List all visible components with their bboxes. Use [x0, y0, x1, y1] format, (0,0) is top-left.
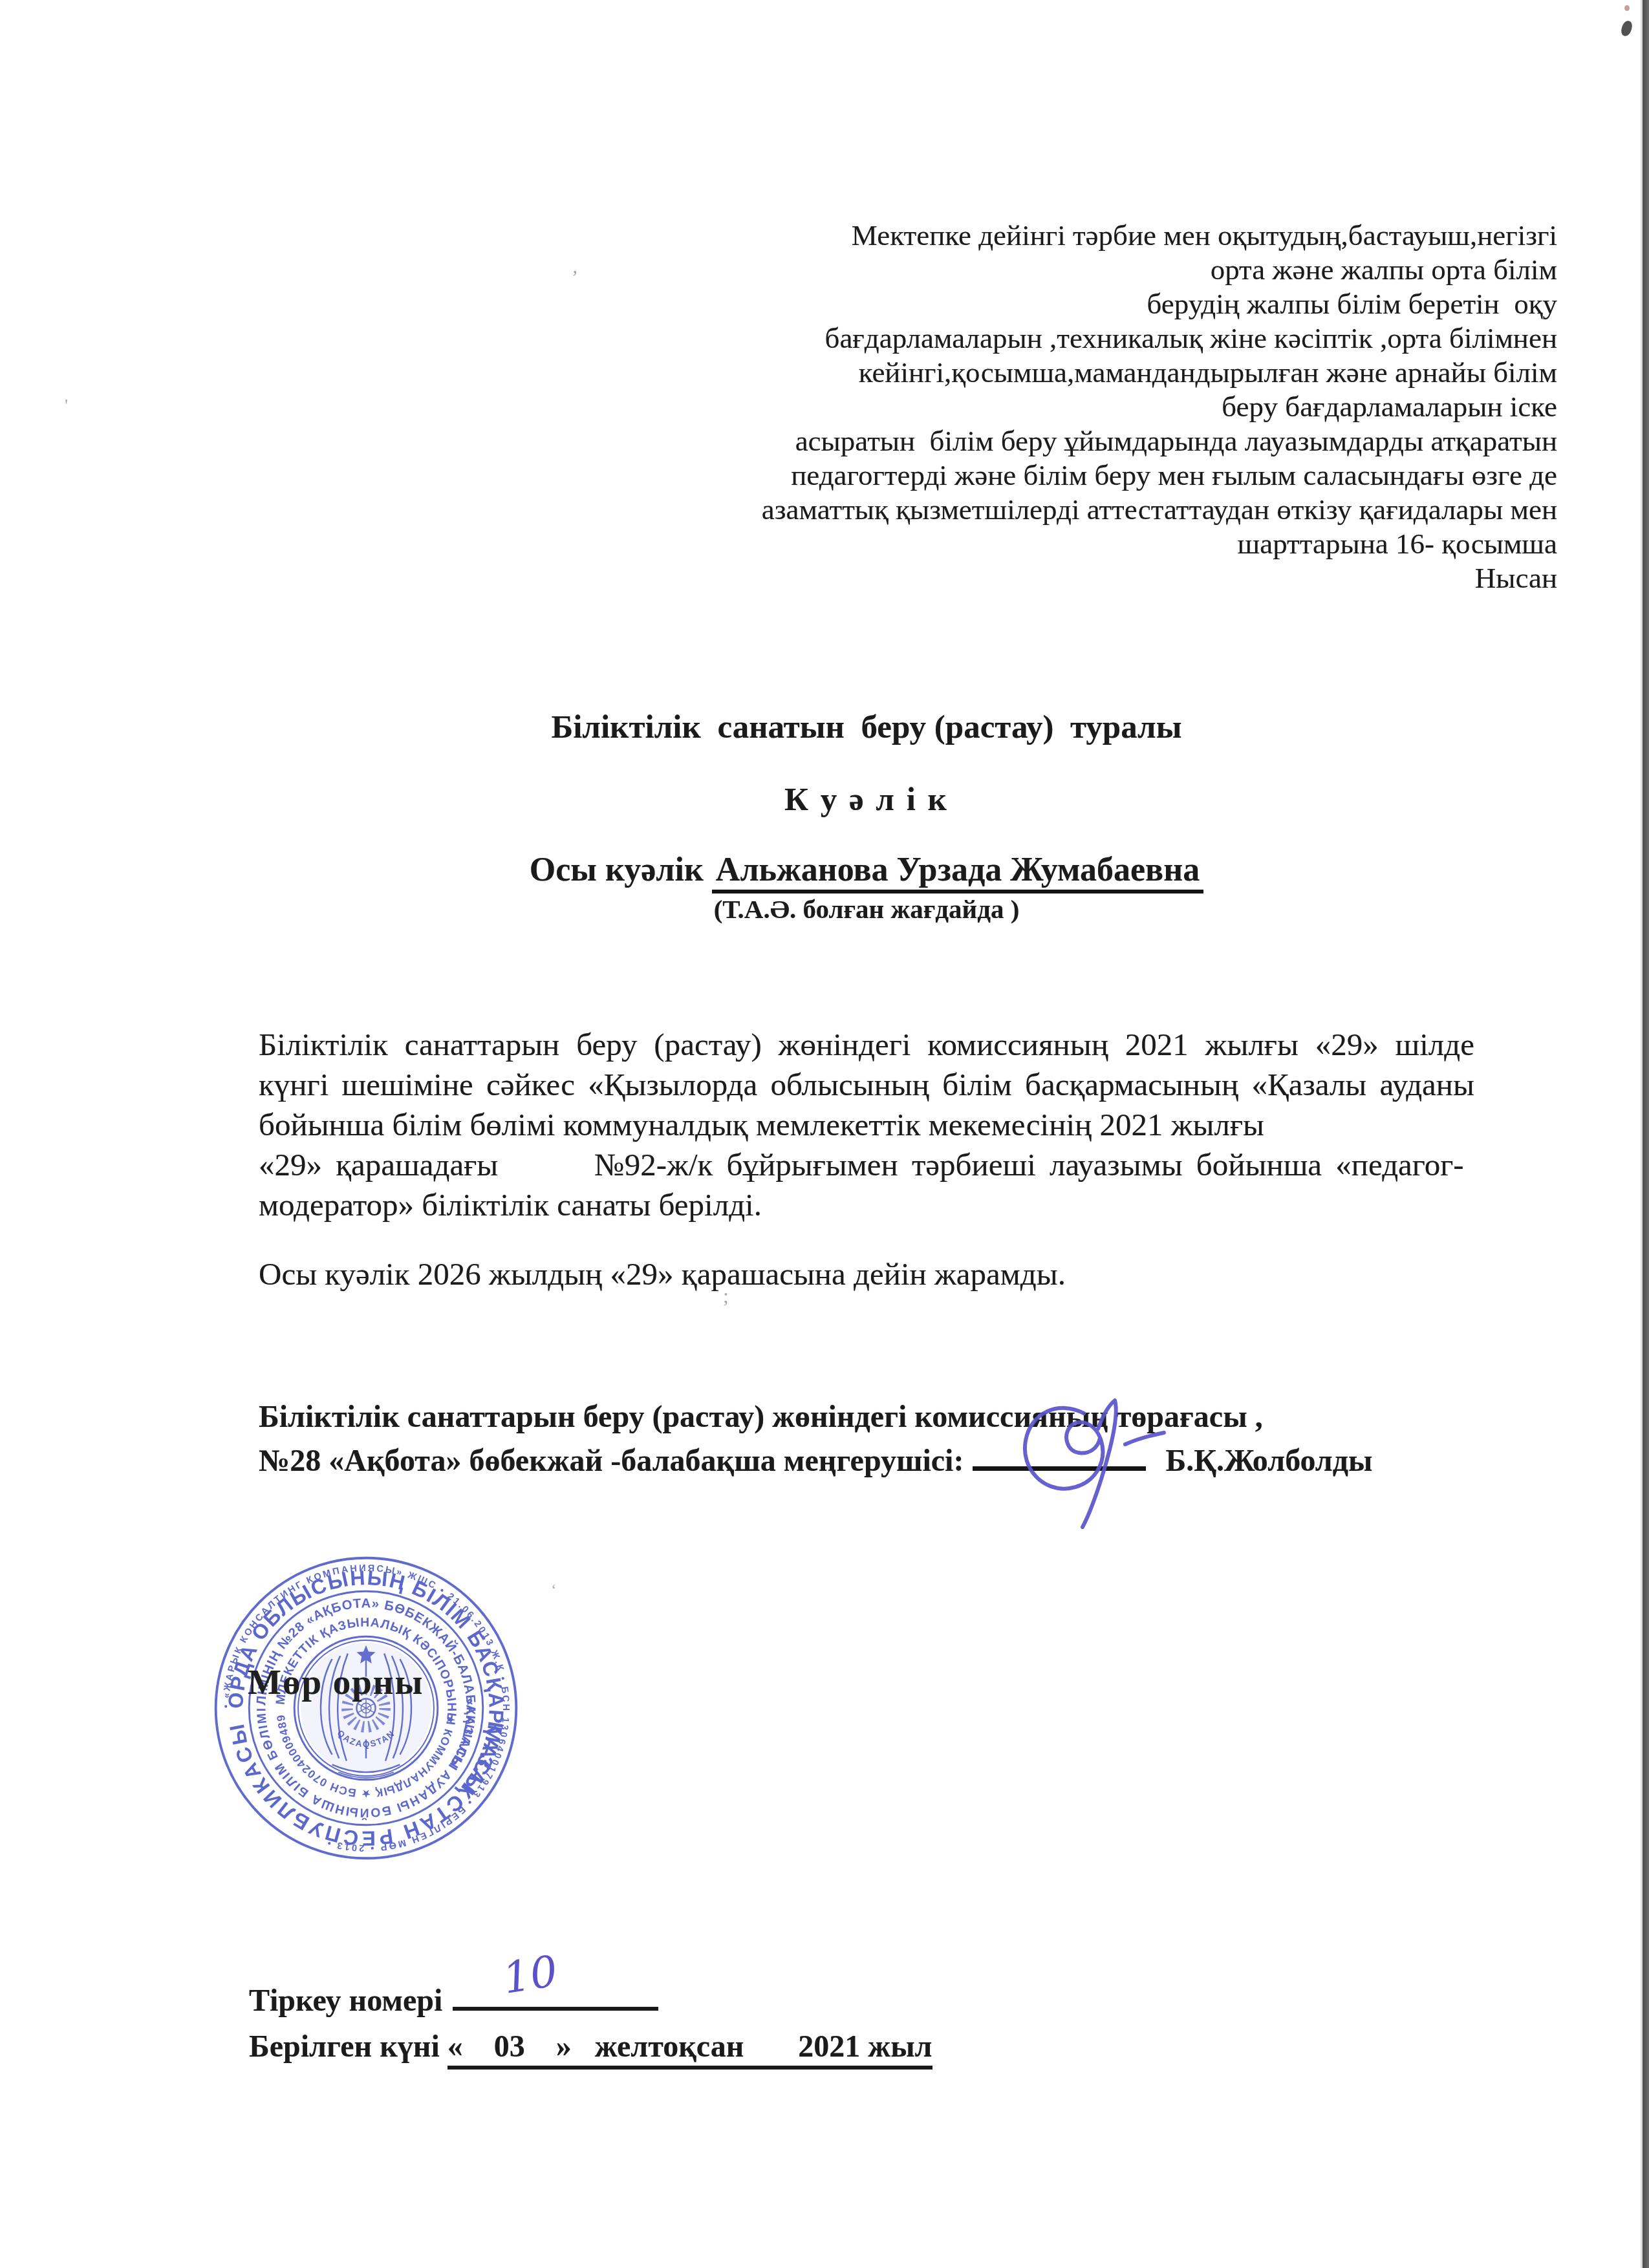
chairman-signature-line: №28 «Ақбота» бөбекжай -балабақша меңгеру…: [259, 1435, 1373, 1479]
body-line: күнгі шешіміне сәйкес «Қызылорда облысын…: [259, 1065, 1474, 1105]
form-reference-line: орта және жалпы орта білім: [587, 253, 1557, 287]
form-reference-line: кейінгі,қосымша,мамандандырылған және ар…: [587, 356, 1557, 390]
handwritten-registration-number: 10: [499, 1946, 561, 2004]
form-reference-line: беру бағдарламаларын іске: [587, 390, 1557, 424]
issue-date-line: Берілген күні « 03 » желтоқсан 2021 жыл: [249, 2029, 932, 2064]
holder-prefix: Осы куәлік: [530, 851, 712, 888]
document-title: Біліктілік санатын беру (растау) туралы: [259, 709, 1474, 746]
holder-name: Альжанова Урзада Жумабаевна: [712, 851, 1203, 893]
form-reference-block: Мектепке дейінгі тәрбие мен оқытудың,бас…: [587, 219, 1557, 595]
form-reference-line: Нысан: [587, 561, 1557, 595]
body-line: модератор» біліктілік санаты берілді.: [259, 1185, 1474, 1225]
form-reference-line: бағдарламаларын ,техникалық жіне кәсіпті…: [587, 321, 1557, 356]
form-reference-line: педагогтерді және білім беру мен ғылым с…: [587, 458, 1557, 493]
chairman-name: Б.Қ.Жолболды: [1165, 1444, 1372, 1478]
stamp-placeholder-label: Мөр орны: [248, 1662, 424, 1702]
scan-edge-highlight: [1641, 0, 1643, 2268]
body-line: «29» қарашадағы №92-ж/к бұйрығымен тәрби…: [259, 1145, 1474, 1185]
registration-number-label: Тіркеу номері: [249, 1984, 442, 2018]
registration-number-line: Тіркеу номері: [249, 1977, 658, 2018]
signature-icon: [988, 1390, 1182, 1539]
form-reference-line: азаматтық қызметшілерді аттестаттаудан ө…: [587, 493, 1557, 527]
body-line: Біліктілік санаттарын беру (растау) жөні…: [259, 1025, 1474, 1065]
validity-line: Осы куәлік 2026 жылдың «29» қарашасына д…: [259, 1256, 1066, 1292]
body-line: бойынша білім бөлімі коммуналдық мемлеке…: [259, 1105, 1474, 1145]
issue-date-value: « 03 » желтоқсан 2021 жыл: [447, 2029, 932, 2070]
official-stamp-seal: • «ЖАРЫҚ КОНСАЛТИНГ КОМПАНИЯСЫ» ЖШС • 21…: [209, 1551, 523, 1865]
form-reference-line: шарттарына 16- қосымша: [587, 527, 1557, 561]
scan-edge-strip: [1643, 0, 1649, 2268]
issue-date-label: Берілген күні: [249, 2029, 447, 2064]
holder-note: (Т.А.Ә. болған жағдайда ): [259, 893, 1474, 925]
certificate-word: К у ә л і к: [259, 781, 1474, 818]
holder-line: Осы куәлік Альжанова Урзада Жумабаевна: [259, 851, 1474, 889]
body-paragraph: Біліктілік санаттарын беру (растау) жөні…: [259, 1025, 1474, 1225]
scan-artifact: ‘: [551, 1580, 557, 1599]
form-reference-line: асыратын білім беру ұйымдарында лауазымд…: [587, 424, 1557, 458]
scan-speck: [1620, 19, 1634, 37]
scan-speck: [1624, 5, 1630, 11]
scan-artifact: ': [65, 396, 68, 416]
certificate-page: ’ ' ; ‘ Мектепке дейінгі тәрбие мен оқыт…: [0, 0, 1649, 2268]
scan-artifact: ’: [572, 266, 578, 288]
chairman-position: №28 «Ақбота» бөбекжай -балабақша меңгеру…: [259, 1444, 964, 1478]
form-reference-line: Мектепке дейінгі тәрбие мен оқытудың,бас…: [587, 219, 1557, 253]
form-reference-line: берудің жалпы білім беретін оқу: [587, 287, 1557, 321]
